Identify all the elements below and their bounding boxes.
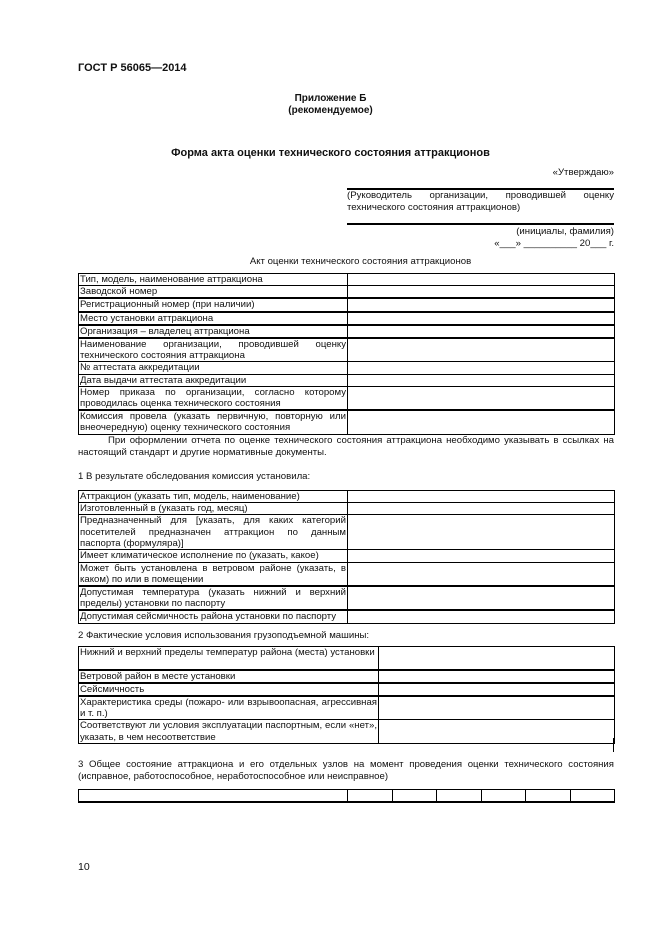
table-row: Место установки аттракциона: [79, 312, 615, 325]
row-value-field[interactable]: [348, 562, 615, 586]
row-label-cell: Имеет климатическое исполнение по (указа…: [79, 550, 348, 562]
table-row: Нижний и верхний пределы температур райо…: [79, 647, 615, 670]
row-label-cell: Ветровой район в месте установки: [79, 670, 379, 683]
row-label-cell: Допустимая температура (указать нижний и…: [79, 586, 348, 610]
standard-code: ГОСТ Р 56065—2014: [78, 63, 187, 75]
row-value-field[interactable]: [379, 683, 615, 696]
approval-date[interactable]: «___» __________ 20___ г.: [494, 238, 614, 250]
table-row: Регистрационный номер (при наличии): [79, 298, 615, 311]
section3-table: [78, 789, 615, 803]
row-label-cell: Изготовленный в (указать год, месяц): [79, 503, 348, 515]
table-row: Допустимая температура (указать нижний и…: [79, 586, 615, 610]
section2-title: 2 Фактические условия использования груз…: [78, 630, 369, 642]
row-label: Аттракцион (указать тип, модель, наимено…: [80, 491, 346, 502]
row-label: Нижний и верхний пределы температур райо…: [80, 647, 377, 658]
row-label-cell: Комиссия провела (указать первичную, пов…: [79, 410, 348, 434]
row-label: Тип, модель, наименование аттракциона: [80, 274, 346, 285]
annex-title: Приложение Б: [0, 93, 661, 105]
table-row: Изготовленный в (указать год, месяц): [79, 503, 615, 515]
row-label: Допустимая температура (указать нижний и…: [80, 587, 346, 609]
row-value-field[interactable]: [348, 338, 615, 362]
row-label-cell: Тип, модель, наименование аттракциона: [79, 274, 348, 286]
row-value-field[interactable]: [379, 696, 615, 720]
condition-cell[interactable]: [482, 790, 526, 802]
table-row: [79, 790, 615, 802]
row-value-field[interactable]: [348, 491, 615, 503]
condition-cell[interactable]: [437, 790, 482, 802]
row-label: Изготовленный в (указать год, месяц): [80, 503, 346, 514]
row-label: № аттестата аккредитации: [80, 362, 346, 373]
row-label: Допустимая сейсмичность района установки…: [80, 611, 346, 622]
row-label: Дата выдачи аттестата аккредитации: [80, 375, 346, 386]
condition-cell[interactable]: [571, 790, 615, 802]
table-row: № аттестата аккредитации: [79, 362, 615, 374]
row-value-field[interactable]: [348, 312, 615, 325]
table-row: Предназначенный для [указать, для каких …: [79, 515, 615, 550]
condition-cell[interactable]: [526, 790, 571, 802]
row-value-field[interactable]: [379, 670, 615, 683]
row-label-cell: Дата выдачи аттестата аккредитации: [79, 374, 348, 386]
row-label: Комиссия провела (указать первичную, пов…: [80, 411, 346, 433]
note-paragraph-text: При оформлении отчета по оценке техничес…: [78, 435, 614, 458]
general-info-table: Тип, модель, наименование аттракционаЗав…: [78, 273, 615, 435]
table-row: Заводской номер: [79, 286, 615, 299]
approve-label: «Утверждаю»: [553, 167, 614, 179]
row-label-cell: Может быть установлена в ветровом районе…: [79, 562, 348, 586]
row-value-field[interactable]: [348, 274, 615, 286]
row-value-field[interactable]: [348, 325, 615, 338]
form-title: Форма акта оценки технического состояния…: [0, 148, 661, 160]
table-row: Комиссия провела (указать первичную, пов…: [79, 410, 615, 434]
row-label: Номер приказа по организации, согласно к…: [80, 387, 346, 409]
section1-table: Аттракцион (указать тип, модель, наимено…: [78, 490, 615, 624]
table-row: Имеет климатическое исполнение по (указа…: [79, 550, 615, 562]
signatory-caption: (Руководитель организации, проводившей о…: [347, 190, 614, 213]
condition-cell[interactable]: [393, 790, 437, 802]
row-label: Наименование организации, проводившей оц…: [80, 339, 346, 361]
section2-table: Нижний и верхний пределы температур райо…: [78, 646, 615, 744]
table-row: Наименование организации, проводившей оц…: [79, 338, 615, 362]
initials-line[interactable]: [347, 223, 614, 225]
row-label: Предназначенный для [указать, для каких …: [80, 515, 346, 549]
row-value-field[interactable]: [348, 503, 615, 515]
table-row: Допустимая сейсмичность района установки…: [79, 610, 615, 623]
initials-caption: (инициалы, фамилия): [516, 226, 614, 238]
table-row: Сейсмичность: [79, 683, 615, 696]
row-label: Сейсмичность: [80, 684, 377, 695]
row-label-cell: Нижний и верхний пределы температур райо…: [79, 647, 379, 670]
annex-heading: Приложение Б (рекомендуемое): [0, 93, 661, 117]
row-label: Характеристика среды (пожаро- или взрыво…: [80, 697, 377, 719]
act-title: Акт оценки технического состояния аттрак…: [0, 256, 661, 268]
row-label-cell: Предназначенный для [указать, для каких …: [79, 515, 348, 550]
section3-title: 3 Общее состояние аттракциона и его отде…: [78, 759, 614, 782]
row-label-cell: Заводской номер: [79, 286, 348, 299]
table-row: Характеристика среды (пожаро- или взрыво…: [79, 696, 615, 720]
row-label: Организация – владелец аттракциона: [80, 326, 346, 337]
row-label: Место установки аттракциона: [80, 313, 346, 324]
row-value-field[interactable]: [348, 586, 615, 610]
row-label-cell: Регистрационный номер (при наличии): [79, 298, 348, 311]
row-value-field[interactable]: [348, 286, 615, 299]
signatory-caption-line1: (Руководитель организации, проводившей о…: [347, 190, 614, 202]
row-value-field[interactable]: [348, 515, 615, 550]
row-label: Ветровой район в месте установки: [80, 671, 377, 682]
table-row: Может быть установлена в ветровом районе…: [79, 562, 615, 586]
table-border-tail: [613, 738, 614, 752]
table-row: Соответствуют ли условия эксплуатации па…: [79, 720, 615, 743]
table-row: Номер приказа по организации, согласно к…: [79, 386, 615, 410]
row-label-cell: № аттестата аккредитации: [79, 362, 348, 374]
table-row: Аттракцион (указать тип, модель, наимено…: [79, 491, 615, 503]
condition-cell[interactable]: [79, 790, 348, 802]
row-label: Регистрационный номер (при наличии): [80, 299, 346, 310]
section1-title: 1 В результате обследования комиссия уст…: [78, 471, 310, 483]
table-row: Ветровой район в месте установки: [79, 670, 615, 683]
row-value-field[interactable]: [379, 647, 615, 670]
table-row: Дата выдачи аттестата аккредитации: [79, 374, 615, 386]
row-label-cell: Номер приказа по организации, согласно к…: [79, 386, 348, 410]
row-value-field[interactable]: [348, 362, 615, 374]
row-value-field[interactable]: [348, 386, 615, 410]
condition-cell[interactable]: [348, 790, 393, 802]
row-label-cell: Допустимая сейсмичность района установки…: [79, 610, 348, 623]
row-value-field[interactable]: [348, 410, 615, 434]
note-paragraph: При оформлении отчета по оценке техничес…: [78, 435, 614, 458]
row-value-field[interactable]: [348, 610, 615, 623]
row-label-cell: Аттракцион (указать тип, модель, наимено…: [79, 491, 348, 503]
row-label: Может быть установлена в ветровом районе…: [80, 563, 346, 585]
row-value-field[interactable]: [348, 550, 615, 562]
row-value-field[interactable]: [348, 298, 615, 311]
table-row: Организация – владелец аттракциона: [79, 325, 615, 338]
row-label-cell: Наименование организации, проводившей оц…: [79, 338, 348, 362]
page-number: 10: [78, 862, 90, 874]
row-label-cell: Место установки аттракциона: [79, 312, 348, 325]
row-label: Заводской номер: [80, 286, 346, 297]
row-label: Соответствуют ли условия эксплуатации па…: [80, 720, 377, 742]
table-row: Тип, модель, наименование аттракциона: [79, 274, 615, 286]
annex-subtitle: (рекомендуемое): [0, 105, 661, 117]
row-value-field[interactable]: [348, 374, 615, 386]
signatory-caption-line2: технического состояния аттракционов): [347, 202, 614, 214]
row-label-cell: Соответствуют ли условия эксплуатации па…: [79, 720, 379, 743]
row-label: Имеет климатическое исполнение по (указа…: [80, 550, 346, 561]
row-label-cell: Сейсмичность: [79, 683, 379, 696]
row-label-cell: Характеристика среды (пожаро- или взрыво…: [79, 696, 379, 720]
row-label-cell: Организация – владелец аттракциона: [79, 325, 348, 338]
row-value-field[interactable]: [379, 720, 615, 743]
